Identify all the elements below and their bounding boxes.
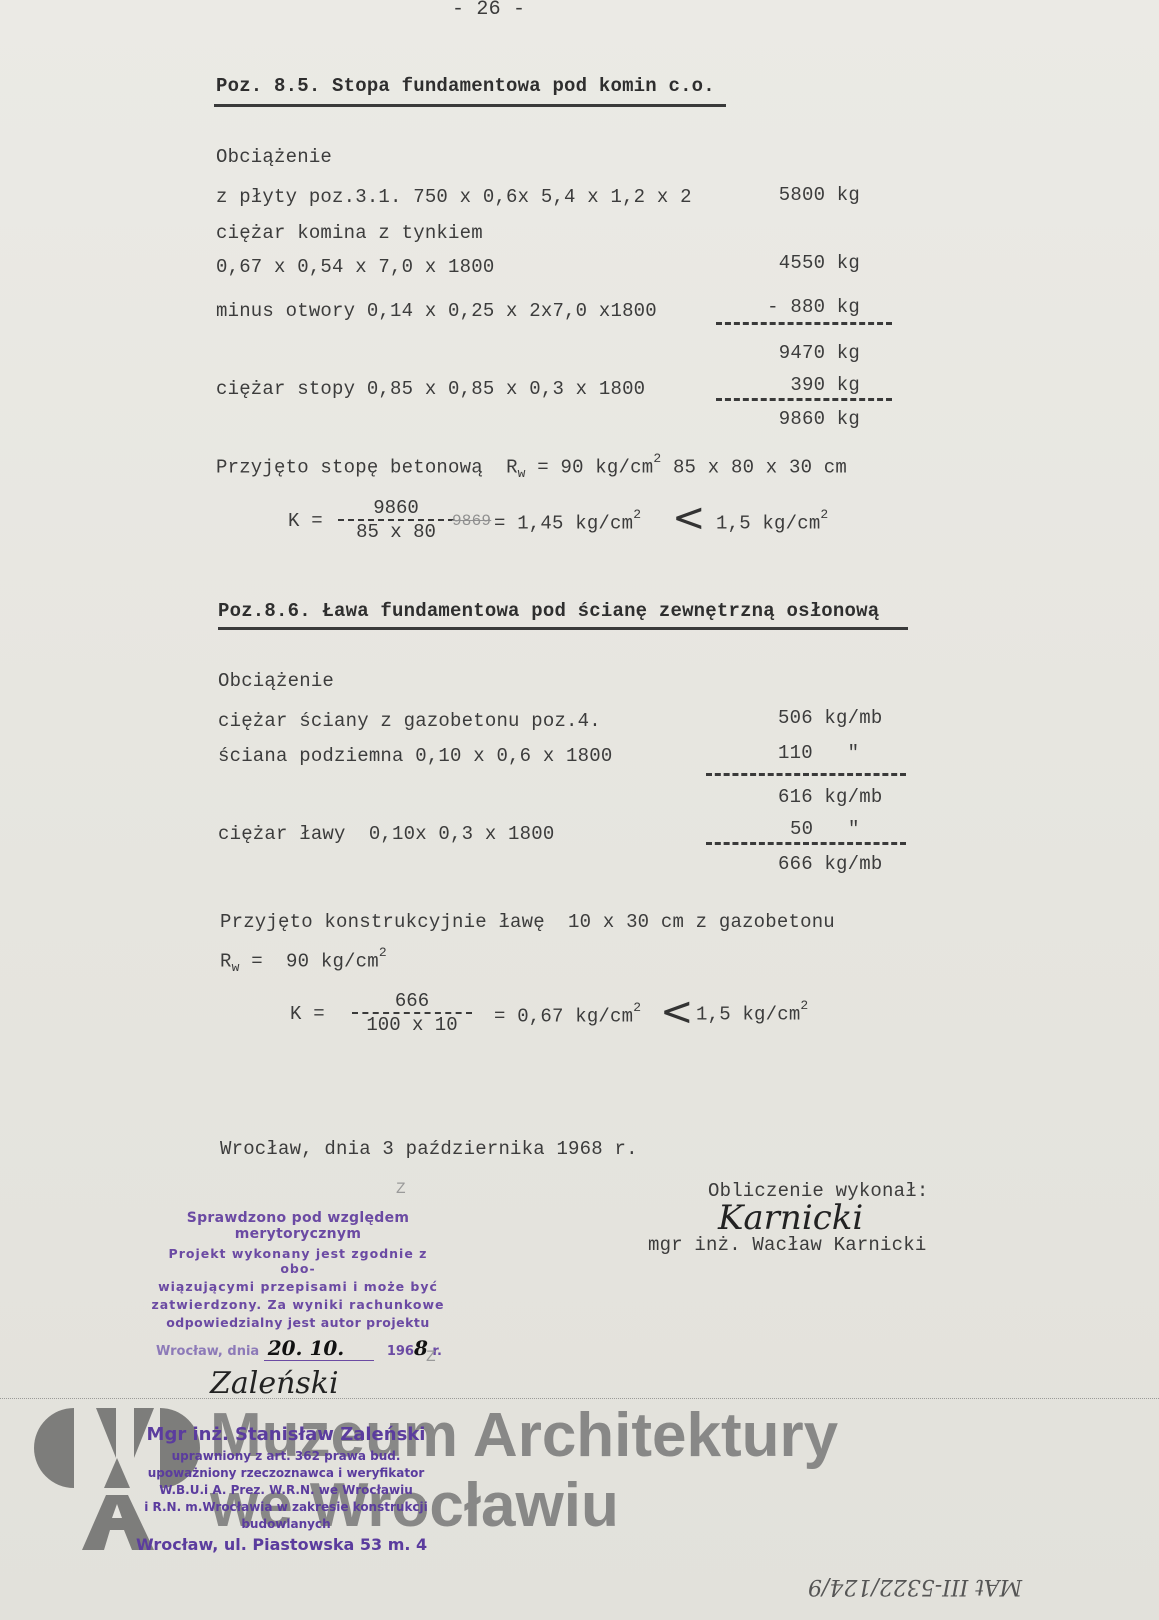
- stamp-line: uprawniony z art. 362 prawa bud.: [136, 1449, 436, 1463]
- load-row-desc: ściana podziemna 0,10 x 0,6 x 1800: [218, 745, 612, 767]
- k-label: K =: [288, 510, 323, 532]
- k-label: K =: [290, 1003, 325, 1025]
- load-row-desc: minus otwory 0,14 x 0,25 x 2x7,0 x1800: [216, 300, 657, 322]
- stamp-line: Projekt wykonany jest zgodnie z obo-: [150, 1246, 446, 1276]
- author-name: mgr inż. Wacław Karnicki: [648, 1234, 926, 1256]
- sum-rule: [716, 322, 892, 325]
- stamp-line: wiązującymi przepisami i może być: [150, 1279, 446, 1294]
- k-limit: 1,5 kg/cm2: [716, 510, 828, 534]
- stamp-year-prefix: 196: [387, 1344, 414, 1359]
- k-numerator: 9860: [338, 497, 454, 521]
- rw-label: R: [220, 950, 232, 972]
- rw-line: Rw = 90 kg/cm2: [220, 948, 387, 975]
- section-8-5-load-heading: Obciążenie: [216, 146, 332, 168]
- k-fraction: 666 100 x 10: [352, 990, 472, 1036]
- sum-rule: [706, 842, 906, 845]
- k-limit-value: 1,5 kg/cm: [696, 1003, 800, 1025]
- accepted-bench-line: Przyjęto konstrukcyjnie ławę 10 x 30 cm …: [220, 911, 835, 933]
- bench-row-desc: ciężar ławy 0,10x 0,3 x 1800: [218, 823, 554, 845]
- k-denominator: 100 x 10: [352, 1014, 472, 1036]
- k-result-value: = 1,45 kg/cm: [494, 512, 633, 534]
- section-8-5-title: Poz. 8.5. Stopa fundamentowa pod komin c…: [216, 75, 715, 97]
- section-8-6-underline: [218, 627, 908, 630]
- stamp-line: zatwierdzony. Za wyniki rachunkowe: [150, 1297, 446, 1312]
- squared: 2: [653, 451, 661, 466]
- handwritten-date: 20. 10.: [264, 1336, 375, 1361]
- stamp-line: W.B.U.i A. Prez. W.R.N. we Wrocławiu: [136, 1483, 436, 1497]
- load-row-value: 506 kg/mb: [778, 707, 882, 729]
- total-value: 666 kg/mb: [778, 853, 882, 875]
- rw-value: = 90 kg/cm: [251, 950, 379, 972]
- stamp-line: budowlanych: [136, 1517, 436, 1531]
- stamp-line: odpowiedzialny jest autor projektu: [150, 1315, 446, 1330]
- footing-row-value: 390 kg: [700, 374, 860, 396]
- signature-karnicki: Karnicki: [718, 1198, 863, 1238]
- subtotal-value: 9470 kg: [700, 342, 860, 364]
- footing-row-desc: ciężar stopy 0,85 x 0,85 x 0,3 x 1800: [216, 378, 645, 400]
- load-row-value: 5800 kg: [700, 184, 860, 206]
- stamp-address: Wrocław, ul. Piastowska 53 m. 4: [136, 1535, 436, 1554]
- accepted-prefix: Przyjęto stopę betonową: [216, 456, 483, 478]
- stamp-line: Sprawdzono pod względem merytorycznym: [150, 1210, 446, 1242]
- load-row-value: - 880 kg: [700, 296, 860, 318]
- page-number: - 26 -: [452, 0, 525, 21]
- k-denominator: 85 x 80: [338, 521, 454, 543]
- section-8-6-title: Poz.8.6. Ława fundamentowa pod ścianę ze…: [218, 600, 879, 622]
- pencil-mark: Z: [396, 1180, 406, 1198]
- k-limit: 1,5 kg/cm2: [696, 1001, 808, 1025]
- load-row-value: 4550 kg: [700, 252, 860, 274]
- rw-value: = 90 kg/cm: [537, 456, 653, 478]
- k-result: = 1,45 kg/cm2: [494, 510, 641, 534]
- engineer-stamp: Mgr inż. Stanisław Zaleński uprawniony z…: [136, 1424, 436, 1554]
- stamp-line: i R.N. m.Wrocławia w zakresie konstrukcj…: [136, 1500, 436, 1514]
- k-result-value: = 0,67 kg/cm: [494, 1005, 633, 1027]
- stamp-line: upoważniony rzeczoznawca i weryfikator: [136, 1466, 436, 1480]
- load-row-desc: ciężar komina z tynkiem: [216, 222, 483, 244]
- sum-rule: [706, 773, 906, 776]
- k-limit-value: 1,5 kg/cm: [716, 512, 820, 534]
- less-than-sign: <: [660, 992, 694, 1032]
- load-row-desc: z płyty poz.3.1. 750 x 0,6x 5,4 x 1,2 x …: [216, 186, 692, 208]
- rw-label: R: [506, 456, 518, 478]
- load-row-desc: ciężar ściany z gazobetonu poz.4.: [218, 710, 601, 732]
- rw-sub: w: [518, 466, 526, 481]
- sum-rule: [716, 398, 892, 401]
- section-8-6-load-heading: Obciążenie: [218, 670, 334, 692]
- archive-signature-note: MAt III-5322/124/9: [808, 1574, 1022, 1599]
- stamp-date-line: Wrocław, dnia 20. 10. 1968 r.: [150, 1336, 446, 1360]
- document-page: - 26 - Poz. 8.5. Stopa fundamentowa pod …: [0, 0, 1159, 1620]
- k-numerator: 666: [352, 990, 472, 1014]
- footing-dims: 85 x 80 x 30 cm: [673, 456, 847, 478]
- bench-row-value: 50 ": [790, 818, 860, 840]
- perforation-line: [0, 1398, 1159, 1399]
- k-fraction: 9860 85 x 80: [338, 497, 454, 543]
- place-date: Wrocław, dnia 3 października 1968 r.: [220, 1138, 638, 1160]
- subtotal-value: 616 kg/mb: [778, 786, 882, 808]
- total-value: 9860 kg: [700, 408, 860, 430]
- stamp-date-prefix: Wrocław, dnia: [156, 1344, 259, 1359]
- section-8-5-underline: [214, 104, 726, 107]
- verification-stamp: Sprawdzono pod względem merytorycznym Pr…: [150, 1210, 446, 1360]
- squared: 2: [633, 1000, 641, 1015]
- squared: 2: [633, 507, 641, 522]
- stamp-line: Mgr inż. Stanisław Zaleński: [136, 1424, 436, 1445]
- rw-sub: w: [232, 960, 240, 975]
- load-row-value: 110 ": [778, 742, 859, 764]
- k-result: = 0,67 kg/cm2: [494, 1003, 641, 1027]
- k-struck-value: 9869: [452, 512, 491, 530]
- signature-zalenski: Zaleński: [210, 1366, 339, 1401]
- load-row-desc: 0,67 x 0,54 x 7,0 x 1800: [216, 256, 494, 278]
- squared: 2: [800, 998, 808, 1013]
- squared: 2: [820, 507, 828, 522]
- pencil-mark: Z: [426, 1348, 436, 1366]
- squared: 2: [379, 945, 387, 960]
- less-than-sign: <: [672, 498, 706, 538]
- accepted-footing-line: Przyjęto stopę betonową Rw = 90 kg/cm2 8…: [216, 454, 847, 481]
